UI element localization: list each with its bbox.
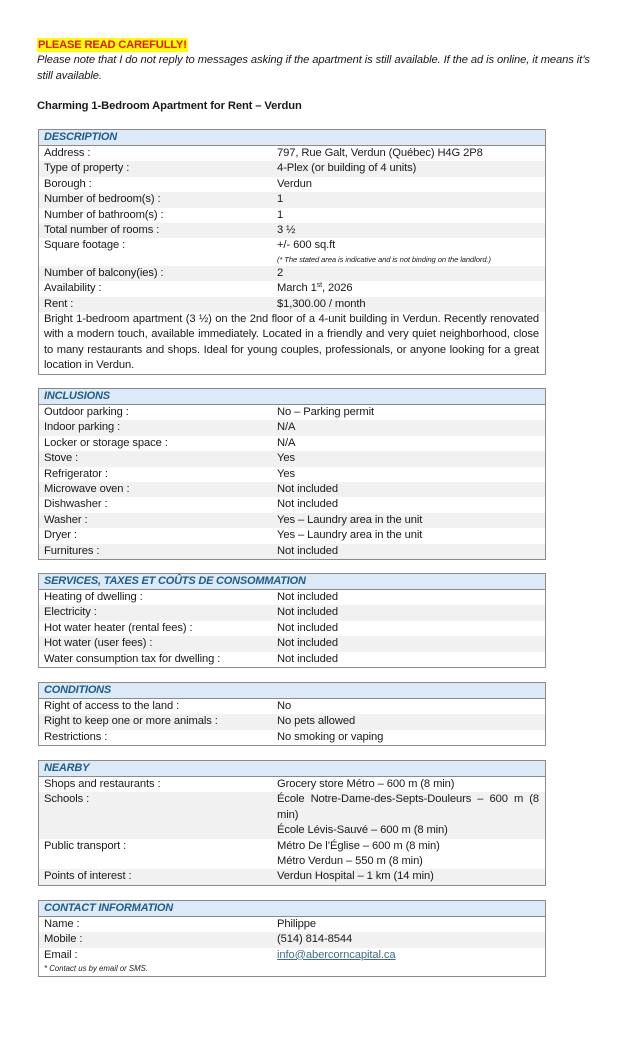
row-value: No smoking or vaping xyxy=(277,730,545,745)
row-value: Not included xyxy=(277,497,545,512)
email-link[interactable]: info@abercorncapital.ca xyxy=(277,949,396,961)
row-label: Rent : xyxy=(39,297,277,312)
table-row: Public transport : Métro De l’Église – 6… xyxy=(39,839,545,870)
square-footage-disclaimer: (* The stated area is indicative and is … xyxy=(277,254,539,266)
table-row: Schools : École Notre-Dame-des-Septs-Dou… xyxy=(39,792,545,838)
conditions-section: CONDITIONS Right of access to the land :… xyxy=(38,682,546,746)
contact-section: CONTACT INFORMATION Name : Philippe Mobi… xyxy=(38,900,546,977)
table-row: Address : 797, Rue Galt, Verdun (Québec)… xyxy=(39,146,545,161)
row-label: Heating of dwelling : xyxy=(39,590,277,605)
row-value: Verdun Hospital – 1 km (14 min) xyxy=(277,869,545,884)
contact-footnote: * Contact us by email or SMS. xyxy=(39,963,545,976)
table-row: Square footage : +/- 600 sq.ft (* The st… xyxy=(39,238,545,265)
table-row: Microwave oven :Not included xyxy=(39,482,545,497)
row-label: Locker or storage space : xyxy=(39,436,277,451)
row-label: Hot water (user fees) : xyxy=(39,636,277,651)
row-label: Right to keep one or more animals : xyxy=(39,714,277,729)
table-row: Indoor parking :N/A xyxy=(39,420,545,435)
square-footage-value: +/- 600 sq.ft xyxy=(277,238,539,253)
row-label: Points of interest : xyxy=(39,869,277,884)
row-label: Restrictions : xyxy=(39,730,277,745)
row-label: Square footage : xyxy=(39,238,277,265)
row-label: Number of balcony(ies) : xyxy=(39,266,277,281)
row-value: Not included xyxy=(277,652,545,667)
section-header: NEARBY xyxy=(39,761,545,777)
inclusions-section: INCLUSIONS Outdoor parking :No – Parking… xyxy=(38,388,546,560)
row-label: Borough : xyxy=(39,177,277,192)
table-row: Stove :Yes xyxy=(39,451,545,466)
row-label: Total number of rooms : xyxy=(39,223,277,238)
row-label: Dryer : xyxy=(39,528,277,543)
row-label: Microwave oven : xyxy=(39,482,277,497)
row-value: No pets allowed xyxy=(277,714,545,729)
description-paragraph: Bright 1-bedroom apartment (3 ½) on the … xyxy=(39,312,545,374)
row-label: Public transport : xyxy=(39,839,277,870)
row-value: +/- 600 sq.ft (* The stated area is indi… xyxy=(277,238,545,265)
table-row: Dishwasher :Not included xyxy=(39,497,545,512)
row-label: Furnitures : xyxy=(39,544,277,559)
table-row: Dryer :Yes – Laundry area in the unit xyxy=(39,528,545,543)
section-header: DESCRIPTION xyxy=(39,130,545,146)
row-label: Hot water heater (rental fees) : xyxy=(39,621,277,636)
table-row: Shops and restaurants : Grocery store Mé… xyxy=(39,777,545,792)
table-row: Electricity :Not included xyxy=(39,605,545,620)
table-row: Number of bedroom(s) : 1 xyxy=(39,192,545,207)
table-row: Restrictions :No smoking or vaping xyxy=(39,730,545,745)
table-row: Hot water heater (rental fees) :Not incl… xyxy=(39,621,545,636)
row-label: Number of bedroom(s) : xyxy=(39,192,277,207)
row-value: 4-Plex (or building of 4 units) xyxy=(277,161,545,176)
row-value: Yes xyxy=(277,451,545,466)
row-value: 1 xyxy=(277,192,545,207)
row-label: Name : xyxy=(39,917,277,932)
row-label: Indoor parking : xyxy=(39,420,277,435)
row-label: Schools : xyxy=(39,792,277,838)
table-row: Refrigerator :Yes xyxy=(39,467,545,482)
row-value: Yes – Laundry area in the unit xyxy=(277,528,545,543)
section-header: INCLUSIONS xyxy=(39,389,545,405)
row-label: Electricity : xyxy=(39,605,277,620)
row-label: Stove : xyxy=(39,451,277,466)
row-label: Washer : xyxy=(39,513,277,528)
row-label: Refrigerator : xyxy=(39,467,277,482)
row-value: Métro De l’Église – 600 m (8 min) Métro … xyxy=(277,839,545,870)
description-section: DESCRIPTION Address : 797, Rue Galt, Ver… xyxy=(38,129,546,375)
listing-title: Charming 1-Bedroom Apartment for Rent – … xyxy=(37,99,302,114)
row-value: Yes xyxy=(277,467,545,482)
table-row: Heating of dwelling :Not included xyxy=(39,590,545,605)
row-value: Verdun xyxy=(277,177,545,192)
table-row: Availability : March 1st, 2026 xyxy=(39,281,545,296)
row-value: 797, Rue Galt, Verdun (Québec) H4G 2P8 xyxy=(277,146,545,161)
table-row: Rent : $1,300.00 / month xyxy=(39,297,545,312)
row-label: Email : xyxy=(39,948,277,963)
row-value: No – Parking permit xyxy=(277,405,545,420)
availability-date: March 1st, 2026 xyxy=(277,281,545,296)
rent-value: $1,300.00 / month xyxy=(277,297,545,312)
row-label: Mobile : xyxy=(39,932,277,947)
section-header: CONDITIONS xyxy=(39,683,545,699)
availability-note: Please note that I do not reply to messa… xyxy=(37,53,605,84)
row-value: N/A xyxy=(277,420,545,435)
row-value: Grocery store Métro – 600 m (8 min) xyxy=(277,777,545,792)
row-value: École Notre-Dame-des-Septs-Douleurs – 60… xyxy=(277,792,545,838)
table-row: Total number of rooms : 3 ½ xyxy=(39,223,545,238)
row-label: Address : xyxy=(39,146,277,161)
table-row: Right to keep one or more animals :No pe… xyxy=(39,714,545,729)
row-value: 1 xyxy=(277,208,545,223)
section-header: CONTACT INFORMATION xyxy=(39,901,545,917)
table-row: Name : Philippe xyxy=(39,917,545,932)
table-row: Outdoor parking :No – Parking permit xyxy=(39,405,545,420)
section-header: SERVICES, TAXES ET COÛTS DE CONSOMMATION xyxy=(39,574,545,590)
table-row: Number of bathroom(s) : 1 xyxy=(39,208,545,223)
row-value: No xyxy=(277,699,545,714)
row-label: Number of bathroom(s) : xyxy=(39,208,277,223)
row-value: Not included xyxy=(277,544,545,559)
row-label: Dishwasher : xyxy=(39,497,277,512)
row-value: 3 ½ xyxy=(277,223,545,238)
row-label: Shops and restaurants : xyxy=(39,777,277,792)
table-row: Number of balcony(ies) : 2 xyxy=(39,266,545,281)
row-value: Not included xyxy=(277,482,545,497)
table-row: Type of property : 4-Plex (or building o… xyxy=(39,161,545,176)
row-label: Type of property : xyxy=(39,161,277,176)
table-row: Washer :Yes – Laundry area in the unit xyxy=(39,513,545,528)
services-section: SERVICES, TAXES ET COÛTS DE CONSOMMATION… xyxy=(38,573,546,668)
table-row: Furnitures :Not included xyxy=(39,544,545,559)
table-row: Mobile : (514) 814-8544 xyxy=(39,932,545,947)
table-row: Locker or storage space :N/A xyxy=(39,436,545,451)
row-value: Not included xyxy=(277,605,545,620)
row-value: 2 xyxy=(277,266,545,281)
row-value: Not included xyxy=(277,621,545,636)
row-label: Right of access to the land : xyxy=(39,699,277,714)
table-row: Points of interest : Verdun Hospital – 1… xyxy=(39,869,545,884)
row-label: Outdoor parking : xyxy=(39,405,277,420)
table-row: Right of access to the land :No xyxy=(39,699,545,714)
table-row: Borough : Verdun xyxy=(39,177,545,192)
contact-name: Philippe xyxy=(277,917,545,932)
row-value: N/A xyxy=(277,436,545,451)
contact-mobile: (514) 814-8544 xyxy=(277,932,545,947)
row-value: Not included xyxy=(277,590,545,605)
row-value: Not included xyxy=(277,636,545,651)
table-row: Water consumption tax for dwelling :Not … xyxy=(39,652,545,667)
nearby-section: NEARBY Shops and restaurants : Grocery s… xyxy=(38,760,546,886)
row-label: Availability : xyxy=(39,281,277,296)
row-value: Yes – Laundry area in the unit xyxy=(277,513,545,528)
warning-heading: PLEASE READ CAREFULLY! xyxy=(37,38,188,52)
table-row: Email : info@abercorncapital.ca xyxy=(39,948,545,963)
row-label: Water consumption tax for dwelling : xyxy=(39,652,277,667)
table-row: Hot water (user fees) :Not included xyxy=(39,636,545,651)
